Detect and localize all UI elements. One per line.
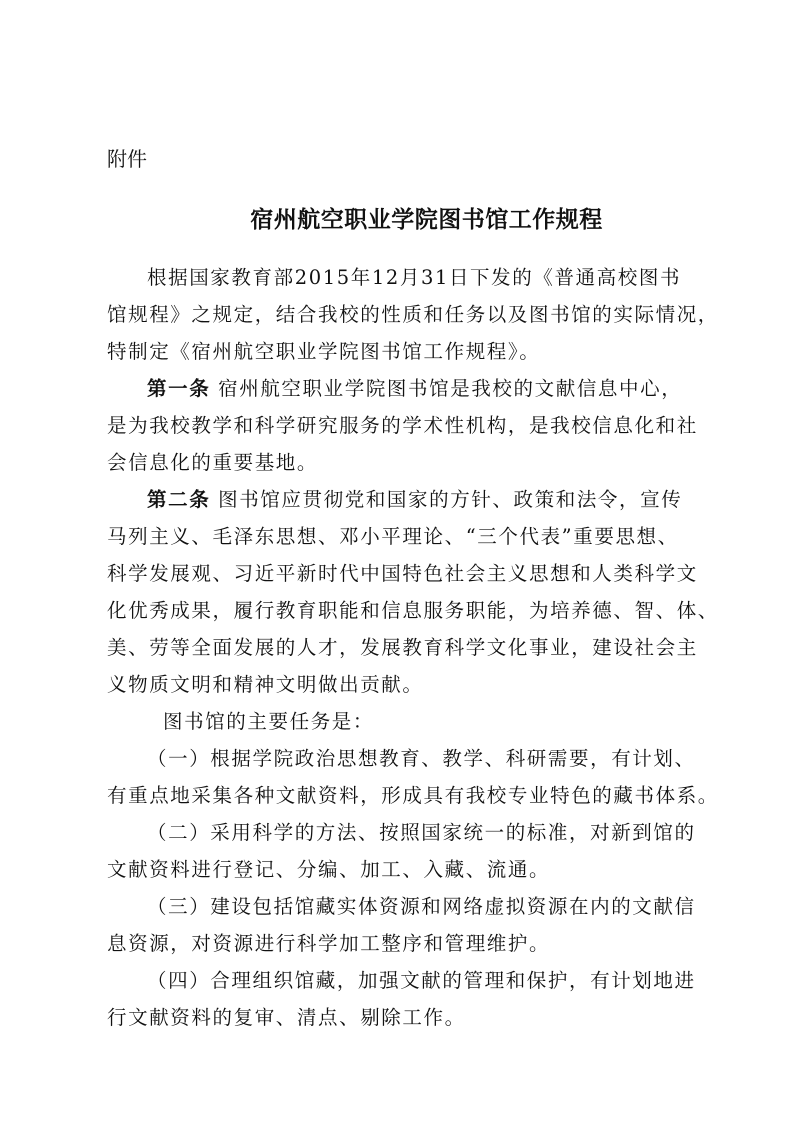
document-title: 宿州航空职业学院图书馆工作规程 bbox=[0, 201, 793, 234]
task-1-line: 有重点地采集各种文献资料，形成具有我校专业特色的藏书体系。 bbox=[107, 783, 719, 809]
preamble-line: 特制定《宿州航空职业学院图书馆工作规程》。 bbox=[107, 339, 540, 365]
attachment-label: 附件 bbox=[107, 143, 147, 172]
task-4-line: （四）合理组织馆藏，加强文献的管理和保护，有计划地进 bbox=[147, 968, 696, 994]
article-1-line: 第一条 宿州航空职业学院图书馆是我校的文献信息中心， bbox=[147, 376, 682, 402]
article-2-heading: 第二条 bbox=[147, 488, 210, 511]
preamble-line: 根据国家教育部2015年12月31日下发的《普通高校图书 bbox=[147, 265, 681, 291]
article-2-text: 图书馆应贯彻党和国家的方针、政策和法令，宣传 bbox=[218, 488, 682, 511]
article-2-line: 科学发展观、习近平新时代中国特色社会主义思想和人类科学文 bbox=[107, 561, 698, 587]
article-1-text: 宿州航空职业学院图书馆是我校的文献信息中心， bbox=[218, 377, 682, 400]
task-2-line: （二）采用科学的方法、按照国家统一的标准，对新到馆的 bbox=[147, 820, 696, 846]
article-2-line: 化优秀成果，履行教育职能和信息服务职能，为培养德、智、体、 bbox=[107, 598, 719, 624]
article-2-line: 美、劳等全面发展的人才，发展教育科学文化事业，建设社会主 bbox=[107, 635, 698, 661]
article-2-line: 马列主义、毛泽东思想、邓小平理论、“三个代表”重要思想、 bbox=[107, 524, 679, 550]
article-1-heading: 第一条 bbox=[147, 377, 210, 400]
task-3-line: 息资源，对资源进行科学加工整序和管理维护。 bbox=[107, 931, 550, 957]
task-4-line: 行文献资料的复审、清点、剔除工作。 bbox=[107, 1005, 466, 1031]
article-1-line: 会信息化的重要基地。 bbox=[107, 450, 318, 476]
preamble-line: 馆规程》之规定，结合我校的性质和任务以及图书馆的实际情况， bbox=[107, 302, 719, 328]
tasks-intro: 图书馆的主要任务是： bbox=[163, 709, 374, 735]
task-1-line: （一）根据学院政治思想教育、教学、科研需要，有计划、 bbox=[147, 746, 696, 772]
article-2-line: 第二条 图书馆应贯彻党和国家的方针、政策和法令，宣传 bbox=[147, 487, 682, 513]
task-2-line: 文献资料进行登记、分编、加工、入藏、流通。 bbox=[107, 857, 550, 883]
document-page: 附件 宿州航空职业学院图书馆工作规程 根据国家教育部2015年12月31日下发的… bbox=[0, 0, 793, 1122]
task-3-line: （三）建设包括馆藏实体资源和网络虚拟资源在内的文献信 bbox=[147, 894, 696, 920]
article-1-line: 是为我校教学和科学研究服务的学术性机构，是我校信息化和社 bbox=[107, 413, 698, 439]
article-2-line: 义物质文明和精神文明做出贡献。 bbox=[107, 672, 424, 698]
